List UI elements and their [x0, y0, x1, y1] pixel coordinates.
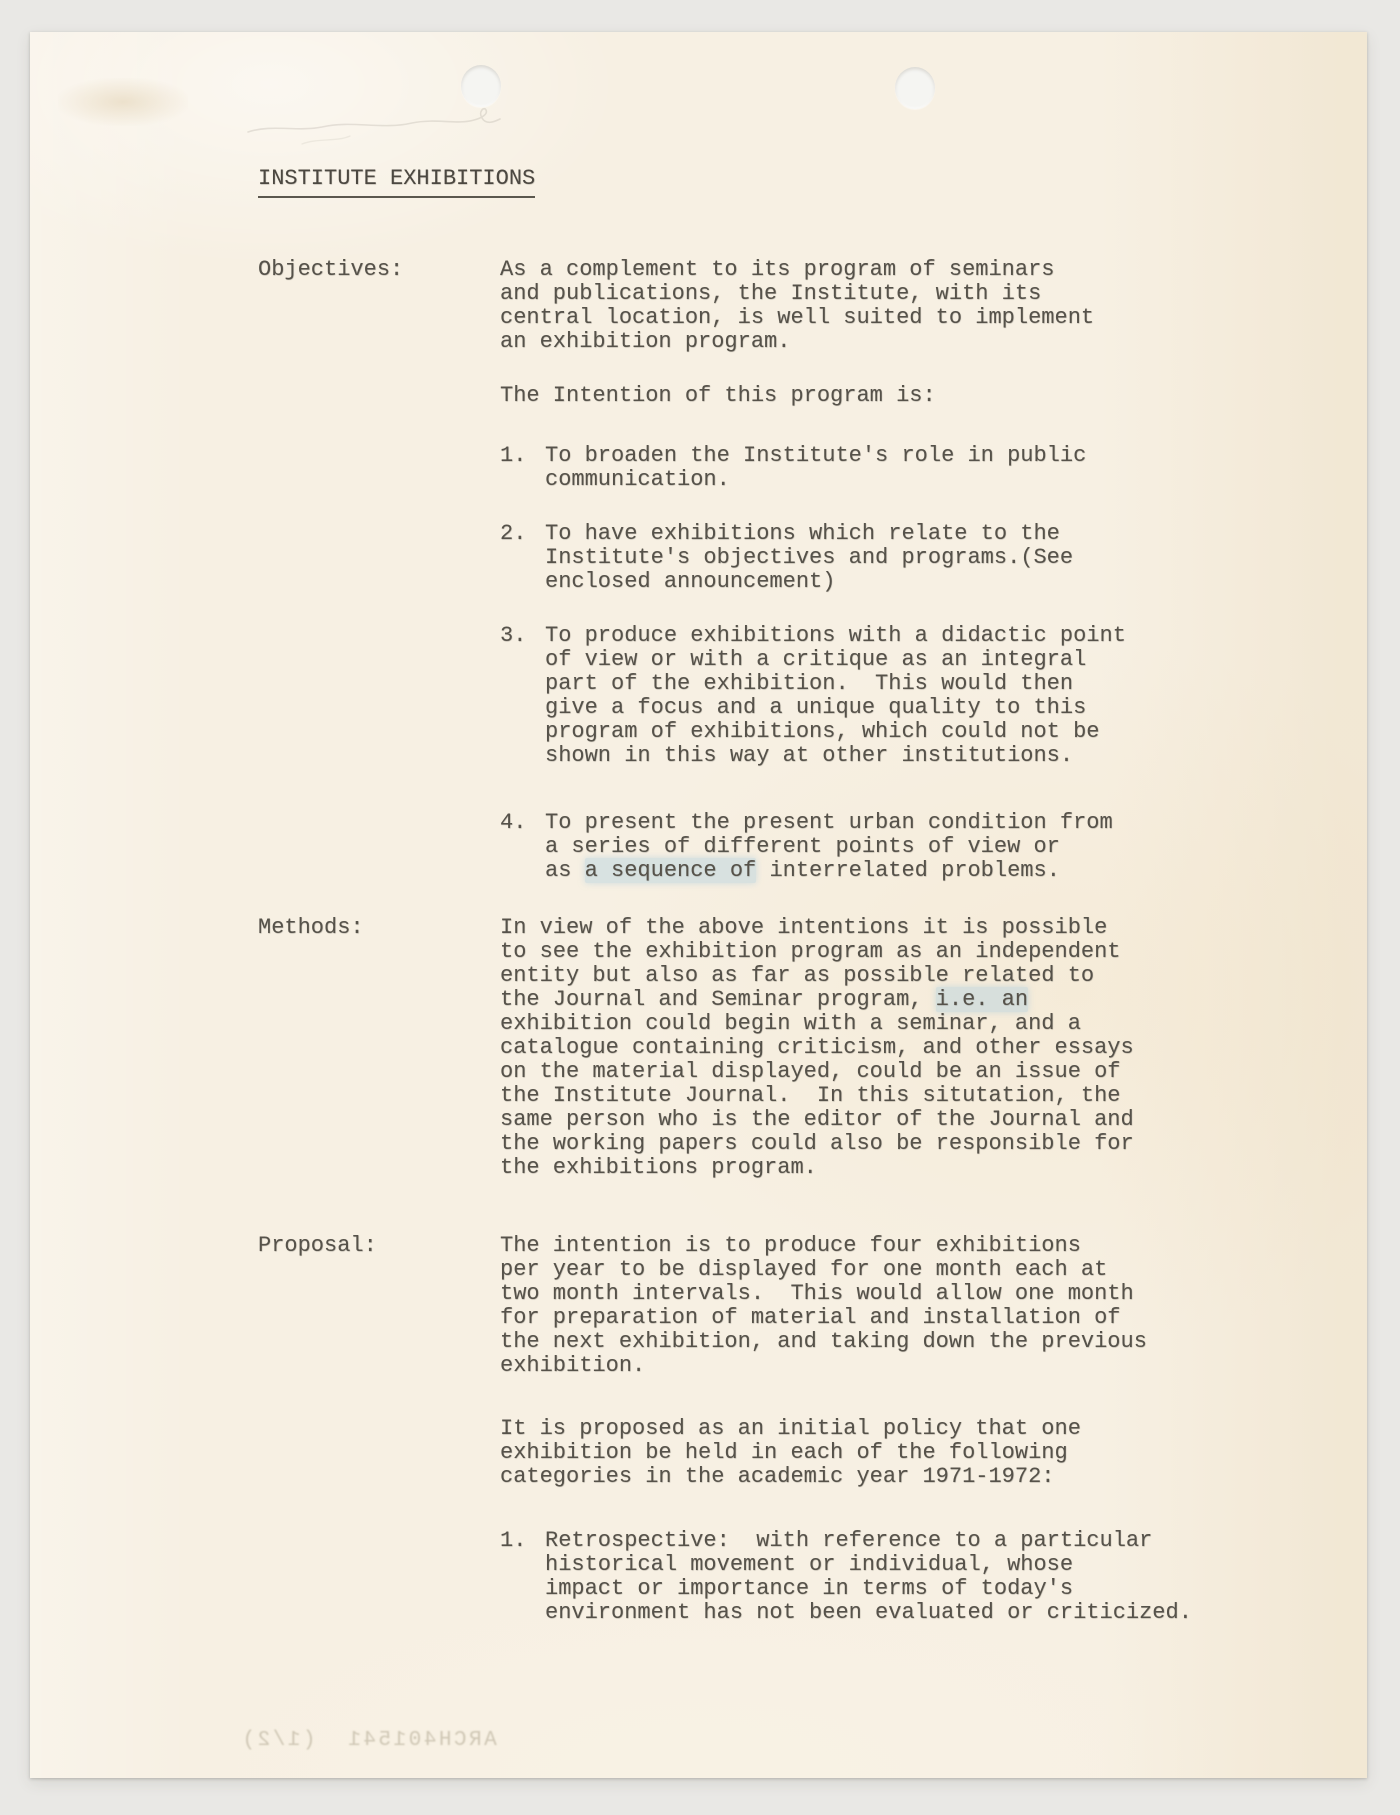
proposal-paragraph-2: It is proposed as an initial policy that… [500, 1417, 1218, 1489]
methods-label: Methods: [258, 916, 500, 940]
list-item: 4. To present the present urban conditio… [500, 811, 1218, 883]
item-text: To produce exhibitions with a didactic p… [545, 624, 1218, 768]
tape-residue-mark [58, 78, 188, 126]
item-number: 1. [500, 1529, 545, 1625]
objectives-label: Objectives: [258, 258, 500, 282]
item-number: 4. [500, 811, 545, 883]
punch-hole-right [895, 67, 935, 109]
methods-paragraph: In view of the above intentions it is po… [500, 916, 1218, 1180]
highlighted-text: a sequence of [585, 858, 757, 883]
list-item: 1. Retrospective: with reference to a pa… [500, 1529, 1218, 1625]
item-text-post: interrelated problems. [756, 858, 1060, 883]
proposal-paragraph-1: The intention is to produce four exhibit… [500, 1234, 1218, 1378]
item-text: To present the present urban condition f… [545, 811, 1218, 883]
pencil-scribble [242, 92, 512, 152]
section-methods: Methods: In view of the above intentions… [258, 916, 1218, 1180]
list-item: 2. To have exhibitions which relate to t… [500, 522, 1218, 594]
section-objectives: Objectives: As a complement to its progr… [258, 258, 1218, 883]
document-title: INSTITUTE EXHIBITIONS [258, 166, 535, 198]
item-number: 2. [500, 522, 545, 594]
objectives-body: As a complement to its program of semina… [500, 258, 1218, 883]
bleedthrough-text: ARCH401541 (1/2) [240, 1729, 497, 1752]
typewritten-content: INSTITUTE EXHIBITIONS Objectives: As a c… [258, 166, 1218, 1625]
item-text: To broaden the Institute's role in publi… [545, 444, 1218, 492]
methods-text-post: exhibition could begin with a seminar, a… [500, 1011, 1134, 1180]
list-item: 3. To produce exhibitions with a didacti… [500, 624, 1218, 768]
item-text: Retrospective: with reference to a parti… [545, 1529, 1218, 1625]
proposal-body: The intention is to produce four exhibit… [500, 1234, 1218, 1625]
proposal-label: Proposal: [258, 1234, 500, 1258]
item-number: 1. [500, 444, 545, 492]
methods-body: In view of the above intentions it is po… [500, 916, 1218, 1180]
section-proposal: Proposal: The intention is to produce fo… [258, 1234, 1218, 1625]
document-page: INSTITUTE EXHIBITIONS Objectives: As a c… [30, 32, 1367, 1778]
highlighted-text: i.e. an [936, 987, 1028, 1012]
objectives-paragraph-1: As a complement to its program of semina… [500, 258, 1218, 354]
item-number: 3. [500, 624, 545, 768]
list-item: 1. To broaden the Institute's role in pu… [500, 444, 1218, 492]
item-text: To have exhibitions which relate to the … [545, 522, 1218, 594]
objectives-paragraph-2: The Intention of this program is: [500, 384, 1218, 408]
